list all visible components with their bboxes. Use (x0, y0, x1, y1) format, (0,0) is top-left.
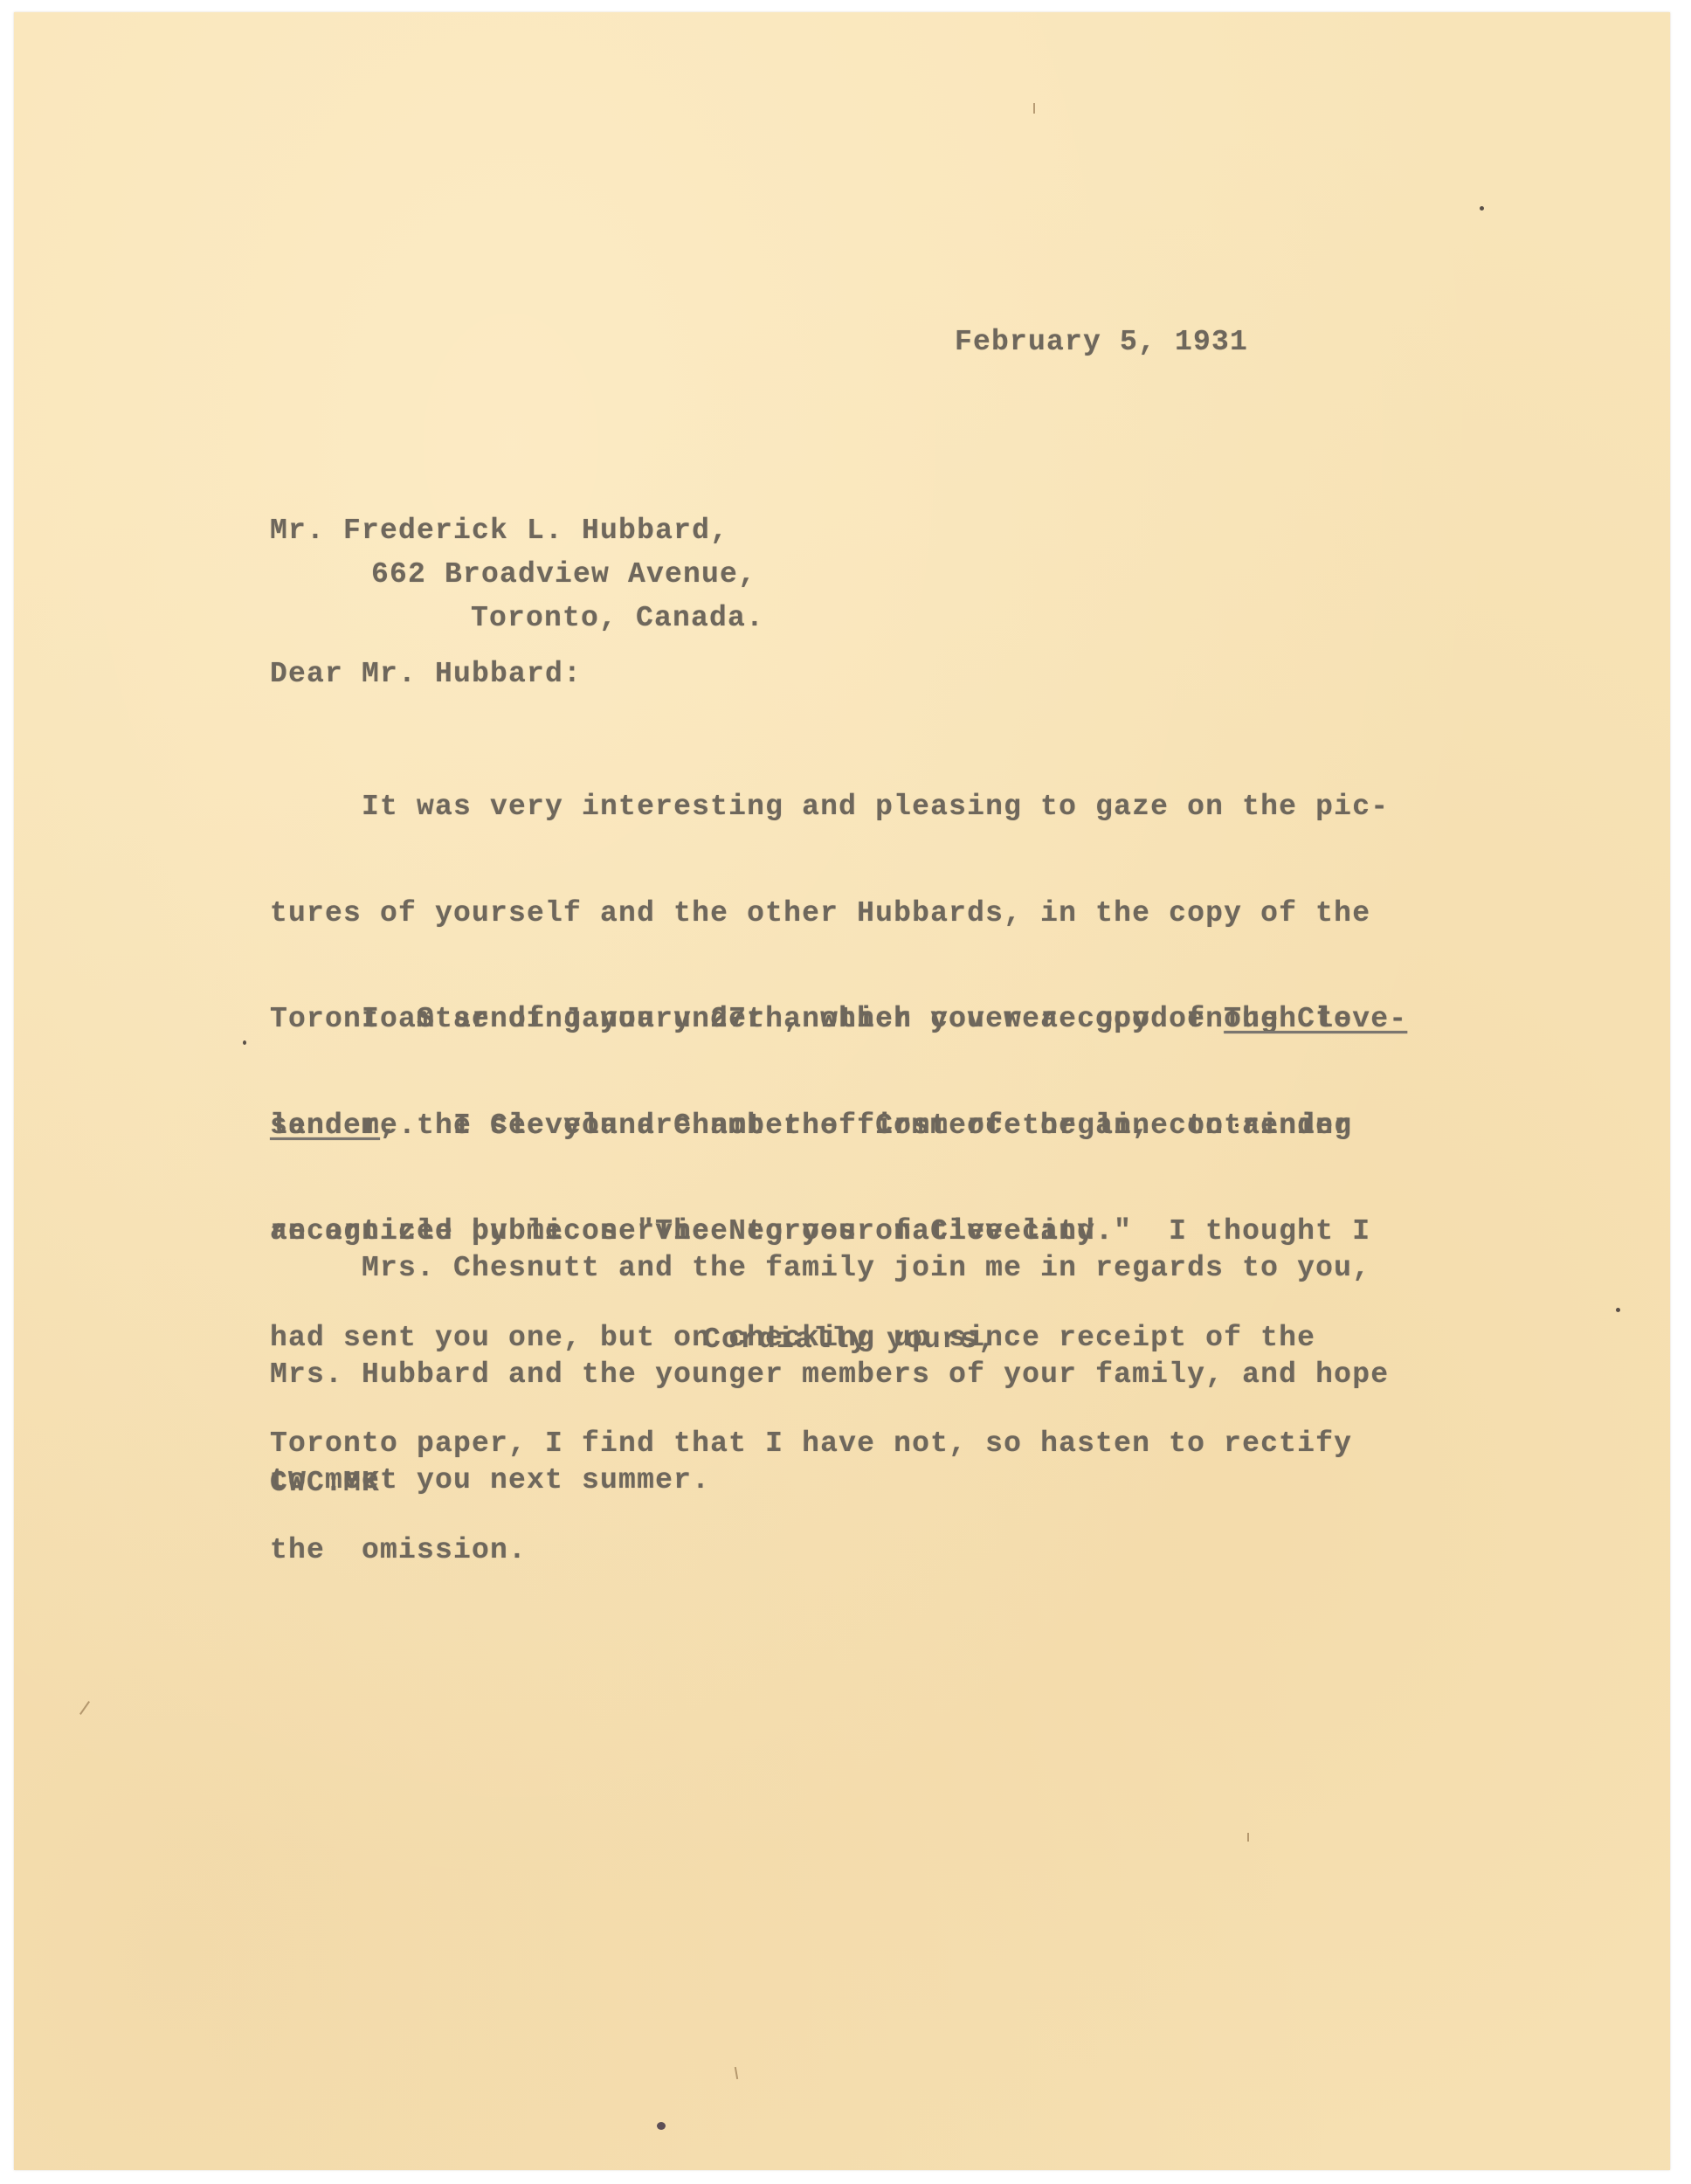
paper-speck (1616, 1308, 1620, 1312)
paragraph-line: I am sending you under another cover a c… (270, 1002, 1407, 1038)
paragraph-line: It was very interesting and pleasing to … (270, 790, 1389, 826)
line-text: , the Cleveland Chamber of Commerce orga… (380, 1109, 1352, 1142)
paper-fiber (1247, 1833, 1249, 1842)
paper-speck (243, 1040, 246, 1045)
paragraph-line: to meet you next summer. (270, 1463, 1389, 1499)
recipient-street: 662 Broadview Avenue, (371, 557, 756, 593)
paragraph-line: Mrs. Hubbard and the younger members of … (270, 1358, 1389, 1393)
reference-initials: CWC:MK (270, 1466, 380, 1502)
publication-title-underlined: The Cleve- (1224, 1003, 1407, 1035)
paper-fiber (1033, 103, 1035, 114)
complimentary-close: Cordially yours, (703, 1323, 997, 1358)
paragraph-line: Mrs. Chesnutt and the family join me in … (270, 1251, 1389, 1287)
paragraph-line: lander, the Cleveland Chamber of Commerc… (270, 1109, 1407, 1144)
letter-date: February 5, 1931 (955, 325, 1248, 361)
recipient-name: Mr. Frederick L. Hubbard, (270, 514, 728, 549)
line-text: I am sending you under another cover a c… (270, 1003, 1224, 1035)
recipient-city: Toronto, Canada. (471, 601, 764, 637)
salutation: Dear Mr. Hubbard: (270, 657, 582, 693)
paragraph-line: the omission. (270, 1533, 1407, 1569)
paragraph-line: tures of yourself and the other Hubbards… (270, 896, 1389, 932)
paper-speck (1480, 206, 1484, 211)
paper-speck (657, 2122, 666, 2130)
publication-title-underlined: lander (270, 1109, 380, 1142)
